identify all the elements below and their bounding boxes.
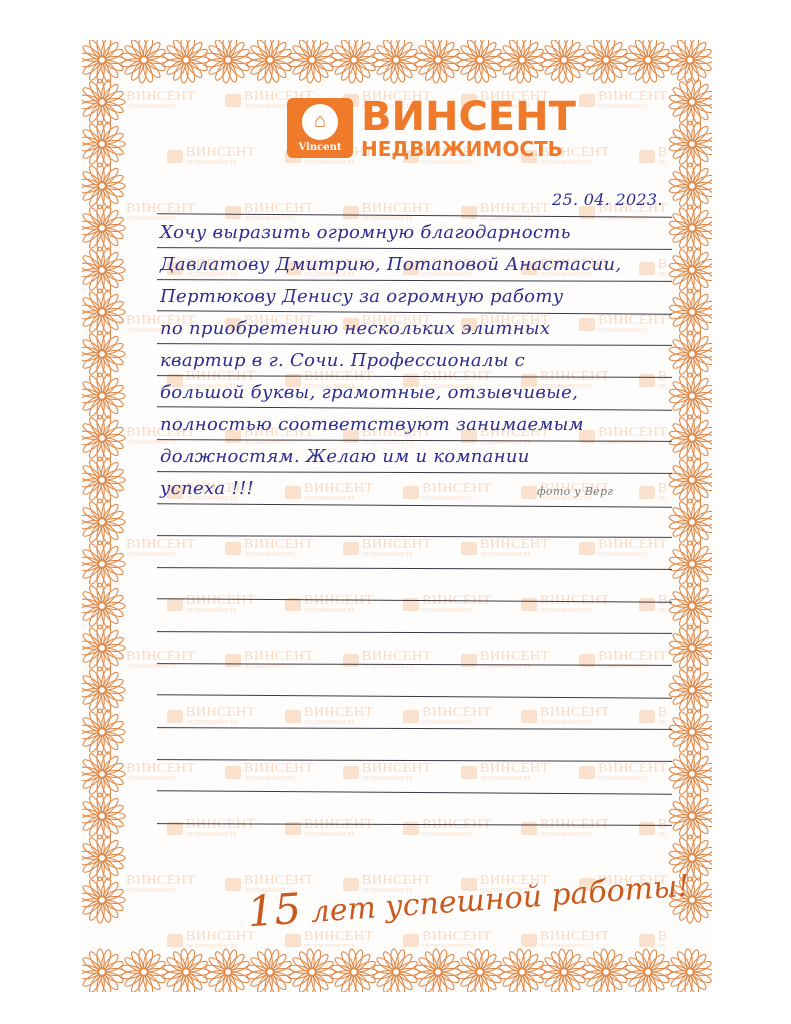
logo-subtitle: НЕДВИЖИМОСТЬ: [361, 139, 576, 159]
watermark-logo: ВИНСЕНТНЕДВИЖИМОСТЬ: [579, 314, 667, 334]
watermark-logo: ВИНСЕНТНЕДВИЖИМОСТЬ: [127, 650, 196, 670]
watermark-logo-icon: [403, 934, 419, 947]
watermark-logo: ВИНСЕНТНЕДВИЖИМОСТЬ: [167, 594, 256, 614]
watermark-title: ВИНСЕНТ: [598, 762, 667, 776]
watermark-logo-icon: [403, 710, 419, 723]
watermark-subtitle: НЕДВИЖИМОСТЬ: [598, 552, 667, 558]
watermark-logo-icon: [225, 94, 241, 107]
watermark-logo: ВИНСЕНТНЕДВИЖИМОСТЬ: [461, 202, 550, 222]
watermark-subtitle: НЕДВИЖИМОСТЬ: [304, 608, 374, 614]
watermark-logo: ВИНСЕНТНЕДВИЖИМОСТЬ: [343, 202, 432, 222]
watermark-title: ВИНСЕНТ: [127, 90, 196, 104]
watermark-subtitle: НЕДВИЖИМОСТЬ: [658, 160, 667, 166]
watermark-title: ВИНСЕНТ: [304, 930, 374, 944]
watermark-logo: ВИНСЕНТНЕДВИЖИМОСТЬ: [127, 762, 196, 782]
watermark-subtitle: НЕДВИЖИМОСТЬ: [658, 832, 667, 838]
watermark-title: ВИНСЕНТ: [480, 762, 550, 776]
watermark-subtitle: НЕДВИЖИМОСТЬ: [598, 776, 667, 782]
watermark-subtitle: НЕДВИЖИМОСТЬ: [480, 776, 550, 782]
watermark-logo-icon: [343, 542, 359, 555]
watermark-subtitle: НЕДВИЖИМОСТЬ: [304, 832, 374, 838]
watermark-subtitle: НЕДВИЖИМОСТЬ: [422, 832, 492, 838]
watermark-logo-icon: [579, 542, 595, 555]
watermark-logo: ВИНСЕНТНЕДВИЖИМОСТЬ: [521, 706, 610, 726]
watermark-logo-icon: [639, 598, 655, 611]
watermark-title: ВИНСЕНТ: [658, 482, 667, 496]
watermark-subtitle: НЕДВИЖИМОСТЬ: [658, 944, 667, 947]
watermark-title: ВИНСЕНТ: [244, 538, 314, 552]
logo-badge-text: Vincent: [299, 142, 342, 153]
watermark-subtitle: НЕДВИЖИМОСТЬ: [186, 160, 256, 166]
watermark-title: ВИНСЕНТ: [362, 762, 432, 776]
watermark-logo: ВИНСЕНТНЕДВИЖИМОСТЬ: [167, 146, 256, 166]
watermark-subtitle: НЕДВИЖИМОСТЬ: [127, 888, 196, 894]
watermark-logo-icon: [343, 206, 359, 219]
watermark-logo-icon: [225, 878, 241, 891]
watermark-subtitle: НЕДВИЖИМОСТЬ: [244, 776, 314, 782]
watermark-logo: ВИНСЕНТНЕДВИЖИМОСТЬ: [225, 202, 314, 222]
watermark-logo: ВИНСЕНТНЕДВИЖИМОСТЬ: [285, 594, 374, 614]
logo-title: ВИНСЕНТ: [361, 97, 576, 137]
watermark-subtitle: НЕДВИЖИМОСТЬ: [186, 720, 256, 726]
watermark-title: ВИНСЕНТ: [422, 482, 492, 496]
watermark-subtitle: НЕДВИЖИМОСТЬ: [186, 832, 256, 838]
watermark-subtitle: НЕДВИЖИМОСТЬ: [127, 664, 196, 670]
watermark-logo: ВИНСЕНТНЕДВИЖИМОСТЬ: [403, 930, 492, 947]
watermark-logo: ВИНСЕНТНЕДВИЖИМОСТЬ: [521, 930, 610, 947]
watermark-subtitle: НЕДВИЖИМОСТЬ: [362, 776, 432, 782]
watermark-title: ВИНСЕНТ: [186, 930, 256, 944]
watermark-logo: ВИНСЕНТНЕДВИЖИМОСТЬ: [579, 90, 667, 110]
watermark-logo-icon: [639, 822, 655, 835]
letter-date: 25. 04. 2023.: [552, 190, 663, 209]
watermark-title: ВИНСЕНТ: [598, 314, 667, 328]
watermark-logo-icon: [579, 766, 595, 779]
watermark-logo: ВИНСЕНТНЕДВИЖИМОСТЬ: [579, 426, 667, 446]
watermark-title: ВИНСЕНТ: [127, 762, 196, 776]
watermark-logo: ВИНСЕНТНЕДВИЖИМОСТЬ: [167, 930, 256, 947]
watermark-title: ВИНСЕНТ: [480, 650, 550, 664]
slogan-number: 15: [246, 884, 303, 937]
watermark-logo-icon: [521, 934, 537, 947]
watermark-subtitle: НЕДВИЖИМОСТЬ: [598, 328, 667, 334]
watermark-logo: ВИНСЕНТНЕДВИЖИМОСТЬ: [639, 594, 667, 614]
watermark-title: ВИНСЕНТ: [658, 930, 667, 944]
watermark-logo: ВИНСЕНТНЕДВИЖИМОСТЬ: [639, 370, 667, 390]
watermark-logo-icon: [225, 206, 241, 219]
watermark-logo: ВИНСЕНТНЕДВИЖИМОСТЬ: [579, 650, 667, 670]
handwritten-line: Хочу выразить огромную благодарность: [160, 222, 571, 243]
watermark-logo-icon: [225, 766, 241, 779]
watermark-subtitle: НЕДВИЖИМОСТЬ: [422, 944, 492, 947]
watermark-logo: ВИНСЕНТНЕДВИЖИМОСТЬ: [127, 202, 196, 222]
watermark-logo: ВИНСЕНТНЕДВИЖИМОСТЬ: [127, 538, 196, 558]
watermark-logo-icon: [639, 710, 655, 723]
watermark-logo-icon: [285, 486, 301, 499]
watermark-logo-icon: [579, 94, 595, 107]
watermark-logo-icon: [285, 934, 301, 947]
watermark-title: ВИНСЕНТ: [540, 930, 610, 944]
watermark-subtitle: НЕДВИЖИМОСТЬ: [244, 552, 314, 558]
watermark-logo: ВИНСЕНТНЕДВИЖИМОСТЬ: [639, 818, 667, 838]
watermark-subtitle: НЕДВИЖИМОСТЬ: [362, 552, 432, 558]
watermark-logo: ВИНСЕНТНЕДВИЖИМОСТЬ: [461, 762, 550, 782]
watermark-logo: ВИНСЕНТНЕДВИЖИМОСТЬ: [225, 762, 314, 782]
watermark-subtitle: НЕДВИЖИМОСТЬ: [540, 832, 610, 838]
watermark-subtitle: НЕДВИЖИМОСТЬ: [658, 272, 667, 278]
watermark-logo-icon: [225, 542, 241, 555]
watermark-logo-icon: [461, 542, 477, 555]
watermark-logo: ВИНСЕНТНЕДВИЖИМОСТЬ: [579, 538, 667, 558]
watermark-title: ВИНСЕНТ: [362, 650, 432, 664]
watermark-title: ВИНСЕНТ: [304, 594, 374, 608]
watermark-logo-icon: [461, 206, 477, 219]
watermark-logo: ВИНСЕНТНЕДВИЖИМОСТЬ: [403, 594, 492, 614]
watermark-logo: ВИНСЕНТНЕДВИЖИМОСТЬ: [127, 90, 196, 110]
watermark-title: ВИНСЕНТ: [658, 146, 667, 160]
watermark-logo: ВИНСЕНТНЕДВИЖИМОСТЬ: [461, 650, 550, 670]
watermark-subtitle: НЕДВИЖИМОСТЬ: [658, 384, 667, 390]
watermark-logo: ВИНСЕНТНЕДВИЖИМОСТЬ: [343, 650, 432, 670]
watermark-subtitle: НЕДВИЖИМОСТЬ: [244, 664, 314, 670]
watermark-title: ВИНСЕНТ: [480, 202, 550, 216]
watermark-subtitle: НЕДВИЖИМОСТЬ: [598, 104, 667, 110]
watermark-logo-icon: [461, 766, 477, 779]
watermark-logo-icon: [521, 598, 537, 611]
watermark-logo: ВИНСЕНТНЕДВИЖИМОСТЬ: [639, 482, 667, 502]
watermark-subtitle: НЕДВИЖИМОСТЬ: [422, 720, 492, 726]
handwritten-line: полностью соответствуют занимаемым: [160, 414, 584, 435]
watermark-logo-icon: [639, 150, 655, 163]
watermark-subtitle: НЕДВИЖИМОСТЬ: [127, 552, 196, 558]
watermark-title: ВИНСЕНТ: [422, 706, 492, 720]
watermark-subtitle: НЕДВИЖИМОСТЬ: [540, 944, 610, 947]
watermark-title: ВИНСЕНТ: [244, 762, 314, 776]
watermark-title: ВИНСЕНТ: [127, 538, 196, 552]
logo-badge: ⌂ Vincent: [287, 98, 353, 158]
watermark-title: ВИНСЕНТ: [598, 90, 667, 104]
watermark-title: ВИНСЕНТ: [186, 818, 256, 832]
watermark-subtitle: НЕДВИЖИМОСТЬ: [422, 608, 492, 614]
watermark-subtitle: НЕДВИЖИМОСТЬ: [422, 496, 492, 502]
watermark-logo: ВИНСЕНТНЕДВИЖИМОСТЬ: [285, 818, 374, 838]
watermark-subtitle: НЕДВИЖИМОСТЬ: [127, 776, 196, 782]
watermark-logo-icon: [167, 150, 183, 163]
watermark-logo: ВИНСЕНТНЕДВИЖИМОСТЬ: [579, 762, 667, 782]
watermark-logo-icon: [167, 934, 183, 947]
watermark-logo-icon: [639, 486, 655, 499]
handwritten-line: квартир в г. Сочи. Профессионалы с: [160, 350, 525, 371]
company-logo: ⌂ Vincent ВИНСЕНТ НЕДВИЖИМОСТЬ: [287, 97, 576, 159]
watermark-subtitle: НЕДВИЖИМОСТЬ: [127, 104, 196, 110]
handwritten-line: большой буквы, грамотные, отзывчивые,: [160, 382, 578, 403]
handwritten-note: фото у Верг: [537, 485, 613, 498]
watermark-subtitle: НЕДВИЖИМОСТЬ: [540, 720, 610, 726]
watermark-logo-icon: [167, 598, 183, 611]
watermark-logo-icon: [343, 766, 359, 779]
handwritten-line: Давлатову Дмитрию, Потаповой Анастасии,: [160, 254, 621, 275]
watermark-logo: ВИНСЕНТНЕДВИЖИМОСТЬ: [521, 818, 610, 838]
watermark-logo: ВИНСЕНТНЕДВИЖИМОСТЬ: [639, 258, 667, 278]
watermark-logo: ВИНСЕНТНЕДВИЖИМОСТЬ: [343, 762, 432, 782]
watermark-logo-icon: [521, 486, 537, 499]
handwritten-line: Пертюкову Денису за огромную работу: [160, 286, 563, 307]
watermark-subtitle: НЕДВИЖИМОСТЬ: [186, 608, 256, 614]
watermark-logo-icon: [639, 374, 655, 387]
watermark-logo: ВИНСЕНТНЕДВИЖИМОСТЬ: [225, 538, 314, 558]
watermark-logo-icon: [639, 262, 655, 275]
watermark-title: ВИНСЕНТ: [304, 706, 374, 720]
watermark-logo: ВИНСЕНТНЕДВИЖИМОСТЬ: [285, 482, 374, 502]
handwritten-line: должностям. Желаю им и компании: [160, 446, 530, 467]
watermark-title: ВИНСЕНТ: [598, 426, 667, 440]
watermark-title: ВИНСЕНТ: [480, 538, 550, 552]
watermark-subtitle: НЕДВИЖИМОСТЬ: [658, 496, 667, 502]
watermark-title: ВИНСЕНТ: [127, 874, 196, 888]
watermark-logo-icon: [579, 318, 595, 331]
handwritten-line: успеха !!!: [160, 478, 254, 499]
watermark-subtitle: НЕДВИЖИМОСТЬ: [480, 552, 550, 558]
watermark-title: ВИНСЕНТ: [127, 650, 196, 664]
house-icon: ⌂: [302, 104, 338, 140]
watermark-logo: ВИНСЕНТНЕДВИЖИМОСТЬ: [639, 146, 667, 166]
watermark-logo: ВИНСЕНТНЕДВИЖИМОСТЬ: [403, 818, 492, 838]
watermark-subtitle: НЕДВИЖИМОСТЬ: [304, 944, 374, 947]
watermark-subtitle: НЕДВИЖИМОСТЬ: [658, 608, 667, 614]
watermark-logo: ВИНСЕНТНЕДВИЖИМОСТЬ: [521, 594, 610, 614]
watermark-title: ВИНСЕНТ: [304, 482, 374, 496]
watermark-logo-icon: [285, 710, 301, 723]
watermark-title: ВИНСЕНТ: [244, 650, 314, 664]
watermark-logo: ВИНСЕНТНЕДВИЖИМОСТЬ: [461, 538, 550, 558]
watermark-title: ВИНСЕНТ: [422, 930, 492, 944]
watermark-logo: ВИНСЕНТНЕДВИЖИМОСТЬ: [167, 706, 256, 726]
watermark-logo: ВИНСЕНТНЕДВИЖИМОСТЬ: [343, 538, 432, 558]
handwritten-line: по приобретению нескольких элитных: [160, 318, 550, 339]
watermark-subtitle: НЕДВИЖИМОСТЬ: [304, 720, 374, 726]
watermark-title: ВИНСЕНТ: [304, 818, 374, 832]
watermark-title: ВИНСЕНТ: [598, 650, 667, 664]
watermark-logo-icon: [639, 934, 655, 947]
watermark-subtitle: НЕДВИЖИМОСТЬ: [186, 944, 256, 947]
watermark-logo: ВИНСЕНТНЕДВИЖИМОСТЬ: [403, 706, 492, 726]
watermark-logo: ВИНСЕНТНЕДВИЖИМОСТЬ: [167, 818, 256, 838]
watermark-logo-icon: [403, 486, 419, 499]
watermark-title: ВИНСЕНТ: [658, 258, 667, 272]
watermark-logo-icon: [521, 710, 537, 723]
watermark-logo: ВИНСЕНТНЕДВИЖИМОСТЬ: [285, 706, 374, 726]
watermark-subtitle: НЕДВИЖИМОСТЬ: [540, 608, 610, 614]
watermark-title: ВИНСЕНТ: [540, 706, 610, 720]
watermark-title: ВИНСЕНТ: [186, 594, 256, 608]
watermark-title: ВИНСЕНТ: [362, 538, 432, 552]
watermark-logo: ВИНСЕНТНЕДВИЖИМОСТЬ: [639, 706, 667, 726]
watermark-title: ВИНСЕНТ: [186, 706, 256, 720]
watermark-logo-icon: [167, 710, 183, 723]
watermark-logo-icon: [225, 654, 241, 667]
watermark-logo: ВИНСЕНТНЕДВИЖИМОСТЬ: [403, 482, 492, 502]
thank-you-letter-sheet: ВИНСЕНТНЕДВИЖИМОСТЬВИНСЕНТНЕДВИЖИМОСТЬВИ…: [82, 40, 712, 992]
watermark-title: ВИНСЕНТ: [186, 146, 256, 160]
watermark-logo: ВИНСЕНТНЕДВИЖИМОСТЬ: [639, 930, 667, 947]
watermark-title: ВИНСЕНТ: [658, 706, 667, 720]
watermark-logo: ВИНСЕНТНЕДВИЖИМОСТЬ: [127, 874, 196, 894]
watermark-title: ВИНСЕНТ: [598, 538, 667, 552]
watermark-logo: ВИНСЕНТНЕДВИЖИМОСТЬ: [225, 650, 314, 670]
watermark-subtitle: НЕДВИЖИМОСТЬ: [304, 496, 374, 502]
watermark-subtitle: НЕДВИЖИМОСТЬ: [658, 720, 667, 726]
